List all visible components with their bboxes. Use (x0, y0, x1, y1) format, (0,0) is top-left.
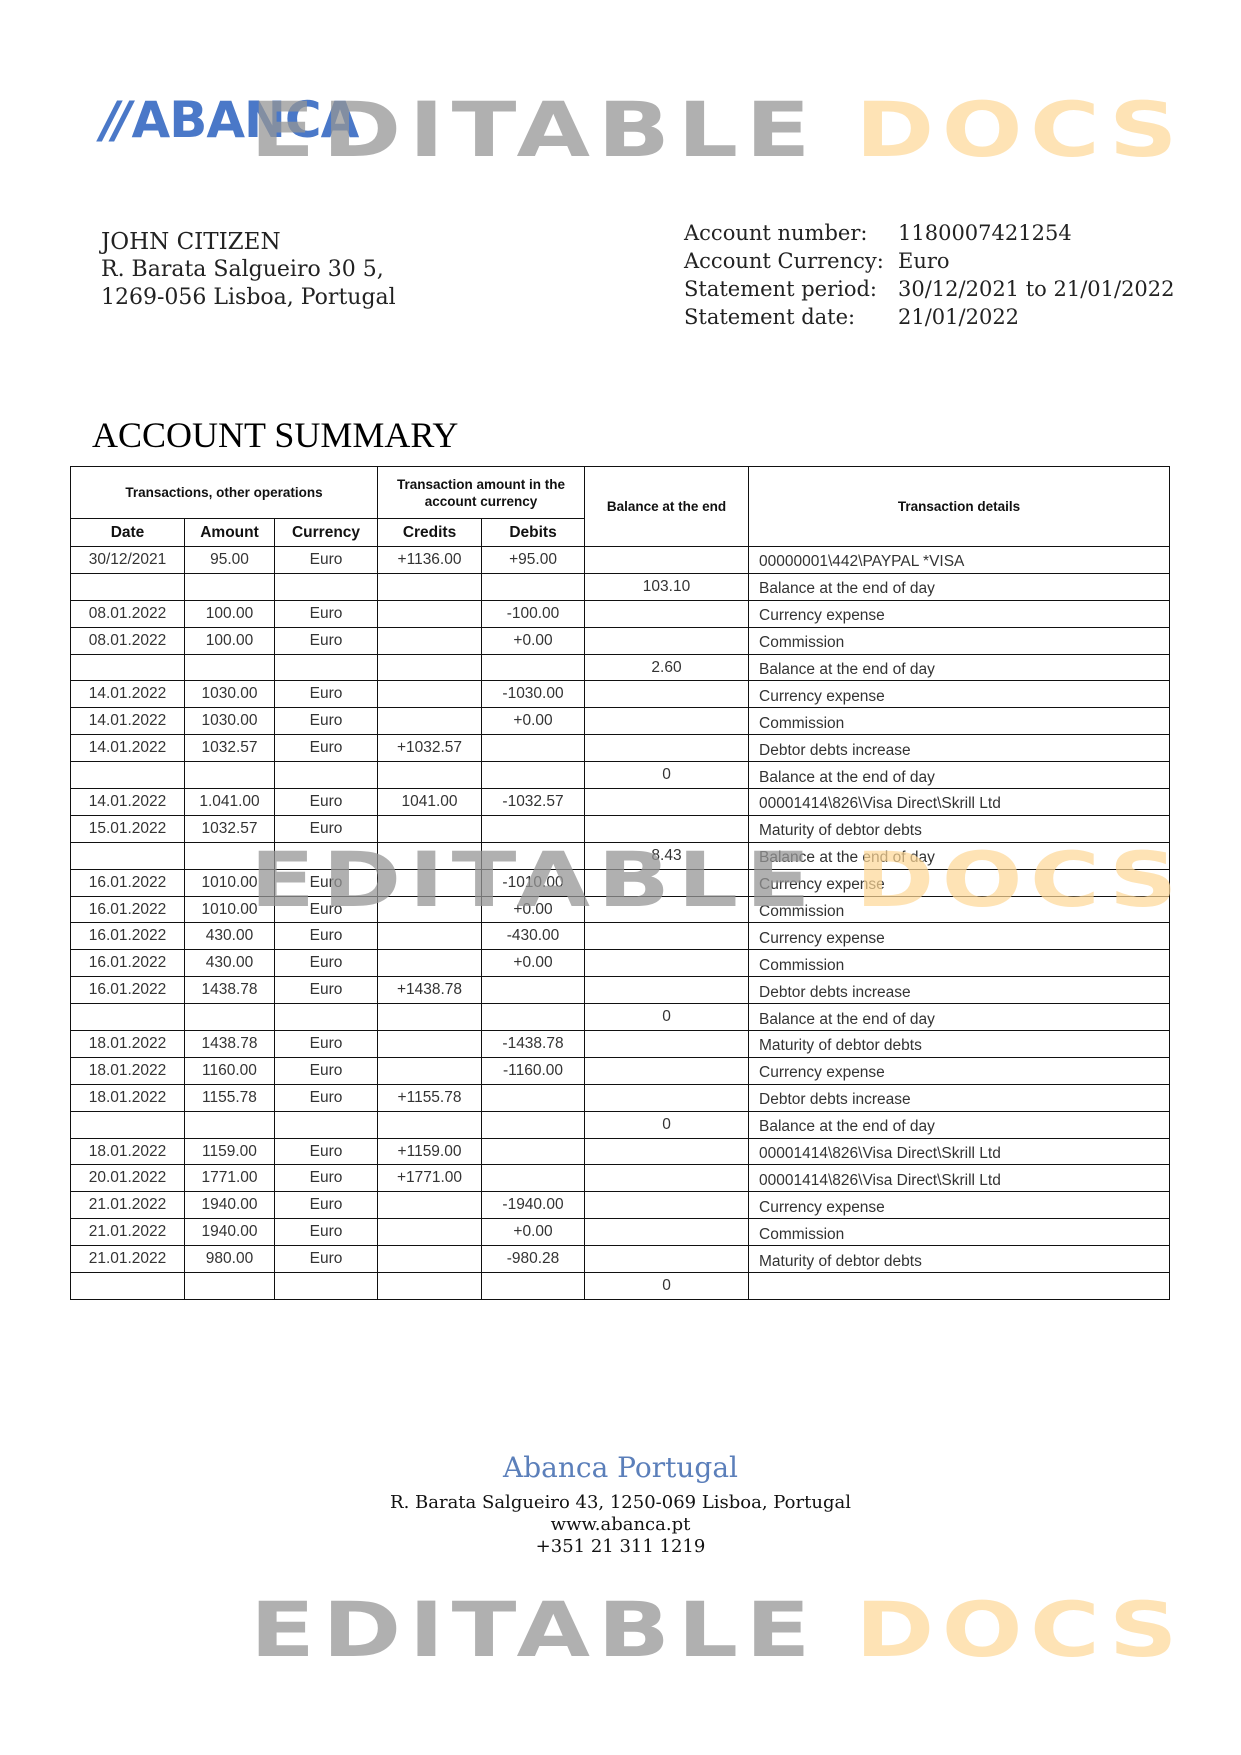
table-row: 20.01.20221771.00Euro+1771.0000001414\82… (71, 1165, 1170, 1192)
cell-balance: 0 (585, 1004, 749, 1031)
cell-date: 16.01.2022 (71, 977, 185, 1004)
cell-amount: 1159.00 (185, 1138, 275, 1165)
cell-credits (378, 708, 482, 735)
account-number-row: Account number: 1180007421254 (684, 219, 1175, 247)
cell-currency: Euro (275, 950, 378, 977)
cell-balance (585, 735, 749, 762)
cell-debits: +0.00 (482, 896, 585, 923)
cell-details: Balance at the end of day (749, 762, 1170, 789)
cell-date (71, 654, 185, 681)
cell-currency (275, 573, 378, 600)
cell-amount (185, 762, 275, 789)
cell-debits: -1010.00 (482, 869, 585, 896)
cell-balance (585, 815, 749, 842)
cell-currency: Euro (275, 735, 378, 762)
cell-currency (275, 654, 378, 681)
cell-credits (378, 842, 482, 869)
cell-amount: 1155.78 (185, 1084, 275, 1111)
cell-credits: +1159.00 (378, 1138, 482, 1165)
logo-slashes: // (101, 91, 126, 149)
cell-credits (378, 815, 482, 842)
cell-balance (585, 1165, 749, 1192)
table-row: 14.01.20221030.00Euro+0.00Commission (71, 708, 1170, 735)
cell-currency: Euro (275, 896, 378, 923)
cell-credits (378, 681, 482, 708)
cell-debits: -1940.00 (482, 1192, 585, 1219)
header-balance: Balance at the end (585, 467, 749, 547)
cell-balance (585, 681, 749, 708)
cell-currency: Euro (275, 627, 378, 654)
account-summary-title: ACCOUNT SUMMARY (92, 414, 458, 456)
statement-date-label: Statement date: (684, 303, 898, 331)
cell-date: 08.01.2022 (71, 600, 185, 627)
cell-details: 00001414\826\Visa Direct\Skrill Ltd (749, 1165, 1170, 1192)
cell-credits (378, 1192, 482, 1219)
header-amount-group: Transaction amount in the account curren… (378, 467, 585, 519)
cell-debits (482, 1111, 585, 1138)
cell-amount: 1032.57 (185, 815, 275, 842)
cell-date: 21.01.2022 (71, 1219, 185, 1246)
cell-amount: 1438.78 (185, 977, 275, 1004)
cell-details: Maturity of debtor debts (749, 1246, 1170, 1273)
account-number-label: Account number: (684, 219, 898, 247)
cell-debits: -1032.57 (482, 789, 585, 816)
cell-details: Debtor debts increase (749, 977, 1170, 1004)
header-transactions-group: Transactions, other operations (71, 467, 378, 519)
cell-amount (185, 842, 275, 869)
cell-date: 18.01.2022 (71, 1084, 185, 1111)
cell-details: Debtor debts increase (749, 735, 1170, 762)
table-row: 0Balance at the end of day (71, 1111, 1170, 1138)
table-row: 16.01.2022430.00Euro+0.00Commission (71, 950, 1170, 977)
customer-address-line1: R. Barata Salgueiro 30 5, (101, 256, 396, 284)
cell-amount: 1.041.00 (185, 789, 275, 816)
cell-balance (585, 896, 749, 923)
cell-credits (378, 896, 482, 923)
table-row: 14.01.20221030.00Euro-1030.00Currency ex… (71, 681, 1170, 708)
cell-currency: Euro (275, 815, 378, 842)
cell-debits (482, 735, 585, 762)
cell-details: Maturity of debtor debts (749, 1031, 1170, 1058)
cell-date (71, 1273, 185, 1300)
cell-currency: Euro (275, 977, 378, 1004)
cell-balance: 103.10 (585, 573, 749, 600)
cell-balance (585, 977, 749, 1004)
cell-balance (585, 869, 749, 896)
watermark: EDITABLEDOCS (250, 92, 1185, 168)
cell-debits (482, 654, 585, 681)
cell-credits (378, 654, 482, 681)
cell-details: Balance at the end of day (749, 842, 1170, 869)
cell-amount: 1030.00 (185, 708, 275, 735)
cell-currency: Euro (275, 1138, 378, 1165)
cell-credits (378, 762, 482, 789)
cell-debits: +95.00 (482, 547, 585, 574)
cell-amount: 1438.78 (185, 1031, 275, 1058)
cell-credits (378, 1111, 482, 1138)
cell-amount: 1030.00 (185, 681, 275, 708)
cell-currency: Euro (275, 600, 378, 627)
header-debits: Debits (482, 519, 585, 547)
table-row: 30/12/202195.00Euro+1136.00+95.000000000… (71, 547, 1170, 574)
cell-details: Balance at the end of day (749, 1004, 1170, 1031)
cell-debits (482, 815, 585, 842)
table-row: 21.01.2022980.00Euro-980.28Maturity of d… (71, 1246, 1170, 1273)
table-row: 15.01.20221032.57EuroMaturity of debtor … (71, 815, 1170, 842)
account-number-value: 1180007421254 (898, 219, 1072, 247)
cell-currency (275, 1004, 378, 1031)
cell-date: 14.01.2022 (71, 681, 185, 708)
table-row: 21.01.20221940.00Euro+0.00Commission (71, 1219, 1170, 1246)
cell-details (749, 1273, 1170, 1300)
cell-debits: -1438.78 (482, 1031, 585, 1058)
cell-amount: 1032.57 (185, 735, 275, 762)
cell-debits (482, 1084, 585, 1111)
footer-bank-name: Abanca Portugal (0, 1450, 1241, 1486)
cell-balance (585, 1084, 749, 1111)
cell-currency: Euro (275, 1246, 378, 1273)
table-row: 18.01.20221159.00Euro+1159.0000001414\82… (71, 1138, 1170, 1165)
cell-debits: -100.00 (482, 600, 585, 627)
cell-date (71, 842, 185, 869)
cell-date (71, 1111, 185, 1138)
cell-debits: +0.00 (482, 708, 585, 735)
cell-currency (275, 842, 378, 869)
cell-debits: -980.28 (482, 1246, 585, 1273)
cell-details: Currency expense (749, 600, 1170, 627)
cell-details: 00000001\442\PAYPAL *VISA (749, 547, 1170, 574)
table-row: 16.01.2022430.00Euro-430.00Currency expe… (71, 923, 1170, 950)
cell-details: Commission (749, 708, 1170, 735)
cell-date: 18.01.2022 (71, 1057, 185, 1084)
cell-date: 14.01.2022 (71, 735, 185, 762)
cell-date: 18.01.2022 (71, 1031, 185, 1058)
cell-details: Balance at the end of day (749, 573, 1170, 600)
cell-amount: 100.00 (185, 600, 275, 627)
cell-details: Commission (749, 1219, 1170, 1246)
cell-amount: 95.00 (185, 547, 275, 574)
cell-balance (585, 1219, 749, 1246)
cell-details: Maturity of debtor debts (749, 815, 1170, 842)
cell-date: 16.01.2022 (71, 923, 185, 950)
cell-date: 14.01.2022 (71, 708, 185, 735)
abanca-logo: //ABANCA (101, 95, 358, 145)
table-row: 16.01.20221438.78Euro+1438.78Debtor debt… (71, 977, 1170, 1004)
cell-currency (275, 762, 378, 789)
customer-address-line2: 1269-056 Lisboa, Portugal (101, 284, 396, 312)
cell-amount: 1940.00 (185, 1219, 275, 1246)
statement-date-row: Statement date: 21/01/2022 (684, 303, 1175, 331)
cell-balance: 8.43 (585, 842, 749, 869)
cell-credits (378, 573, 482, 600)
cell-debits (482, 762, 585, 789)
cell-currency: Euro (275, 923, 378, 950)
cell-amount: 1940.00 (185, 1192, 275, 1219)
cell-date: 14.01.2022 (71, 789, 185, 816)
account-currency-row: Account Currency: Euro (684, 247, 1175, 275)
customer-block: JOHN CITIZEN R. Barata Salgueiro 30 5, 1… (101, 228, 396, 312)
cell-amount: 100.00 (185, 627, 275, 654)
cell-amount (185, 1111, 275, 1138)
table-row: 21.01.20221940.00Euro-1940.00Currency ex… (71, 1192, 1170, 1219)
cell-amount (185, 1273, 275, 1300)
cell-debits: +0.00 (482, 627, 585, 654)
cell-balance: 0 (585, 1111, 749, 1138)
cell-balance (585, 1192, 749, 1219)
cell-balance (585, 1031, 749, 1058)
cell-details: 00001414\826\Visa Direct\Skrill Ltd (749, 1138, 1170, 1165)
cell-debits (482, 1138, 585, 1165)
table-row: 18.01.20221155.78Euro+1155.78Debtor debt… (71, 1084, 1170, 1111)
cell-debits (482, 573, 585, 600)
cell-credits (378, 1031, 482, 1058)
cell-balance (585, 547, 749, 574)
cell-date: 16.01.2022 (71, 896, 185, 923)
cell-debits (482, 1165, 585, 1192)
cell-credits: +1771.00 (378, 1165, 482, 1192)
table-row: 0Balance at the end of day (71, 762, 1170, 789)
cell-details: 00001414\826\Visa Direct\Skrill Ltd (749, 789, 1170, 816)
statement-period-row: Statement period: 30/12/2021 to 21/01/20… (684, 275, 1175, 303)
cell-date: 16.01.2022 (71, 950, 185, 977)
table-row: 18.01.20221438.78Euro-1438.78Maturity of… (71, 1031, 1170, 1058)
cell-details: Balance at the end of day (749, 1111, 1170, 1138)
account-currency-value: Euro (898, 247, 950, 275)
cell-currency (275, 1273, 378, 1300)
cell-amount (185, 654, 275, 681)
cell-currency: Euro (275, 1084, 378, 1111)
cell-credits: +1155.78 (378, 1084, 482, 1111)
header-credits: Credits (378, 519, 482, 547)
table-row: 8.43Balance at the end of day (71, 842, 1170, 869)
cell-details: Currency expense (749, 923, 1170, 950)
cell-balance (585, 789, 749, 816)
cell-details: Currency expense (749, 1192, 1170, 1219)
cell-amount: 980.00 (185, 1246, 275, 1273)
cell-balance: 2.60 (585, 654, 749, 681)
cell-balance (585, 923, 749, 950)
cell-credits (378, 950, 482, 977)
statement-date-value: 21/01/2022 (898, 303, 1019, 331)
cell-details: Currency expense (749, 681, 1170, 708)
customer-name: JOHN CITIZEN (101, 228, 396, 256)
cell-date (71, 1004, 185, 1031)
cell-amount (185, 1004, 275, 1031)
cell-amount: 1160.00 (185, 1057, 275, 1084)
cell-debits: -430.00 (482, 923, 585, 950)
table-row: 103.10Balance at the end of day (71, 573, 1170, 600)
cell-credits (378, 600, 482, 627)
cell-amount: 430.00 (185, 950, 275, 977)
cell-debits: +0.00 (482, 1219, 585, 1246)
cell-currency: Euro (275, 1057, 378, 1084)
cell-details: Commission (749, 950, 1170, 977)
cell-credits: +1136.00 (378, 547, 482, 574)
cell-currency: Euro (275, 869, 378, 896)
cell-debits: -1160.00 (482, 1057, 585, 1084)
cell-date: 16.01.2022 (71, 869, 185, 896)
cell-balance: 0 (585, 1273, 749, 1300)
cell-currency: Euro (275, 681, 378, 708)
cell-amount: 1010.00 (185, 869, 275, 896)
cell-balance (585, 950, 749, 977)
footer-phone: +351 21 311 1219 (0, 1536, 1241, 1558)
cell-debits (482, 1004, 585, 1031)
cell-credits: 1041.00 (378, 789, 482, 816)
cell-amount: 1771.00 (185, 1165, 275, 1192)
cell-details: Currency expense (749, 1057, 1170, 1084)
cell-date: 18.01.2022 (71, 1138, 185, 1165)
footer-address: R. Barata Salgueiro 43, 1250-069 Lisboa,… (0, 1492, 1241, 1514)
cell-details: Balance at the end of day (749, 654, 1170, 681)
table-row: 14.01.20221.041.00Euro1041.00-1032.57000… (71, 789, 1170, 816)
header-details: Transaction details (749, 467, 1170, 547)
cell-balance (585, 600, 749, 627)
cell-currency: Euro (275, 1031, 378, 1058)
cell-date (71, 573, 185, 600)
footer-website[interactable]: www.abanca.pt (0, 1514, 1241, 1536)
cell-credits: +1438.78 (378, 977, 482, 1004)
statement-period-value: 30/12/2021 to 21/01/2022 (898, 275, 1175, 303)
cell-credits (378, 1057, 482, 1084)
cell-currency: Euro (275, 1219, 378, 1246)
cell-currency: Euro (275, 547, 378, 574)
cell-debits (482, 842, 585, 869)
cell-credits (378, 869, 482, 896)
cell-details: Debtor debts increase (749, 1084, 1170, 1111)
cell-credits (378, 627, 482, 654)
logo-text: ABANCA (132, 91, 359, 149)
cell-details: Commission (749, 627, 1170, 654)
cell-amount (185, 573, 275, 600)
cell-balance (585, 708, 749, 735)
cell-amount: 430.00 (185, 923, 275, 950)
cell-date: 20.01.2022 (71, 1165, 185, 1192)
cell-date: 15.01.2022 (71, 815, 185, 842)
cell-debits (482, 1273, 585, 1300)
cell-credits (378, 1273, 482, 1300)
cell-debits: -1030.00 (482, 681, 585, 708)
cell-date: 08.01.2022 (71, 627, 185, 654)
cell-currency: Euro (275, 708, 378, 735)
transactions-table: Transactions, other operations Transacti… (70, 466, 1170, 1300)
cell-debits (482, 977, 585, 1004)
cell-details: Commission (749, 896, 1170, 923)
account-info: Account number: 1180007421254 Account Cu… (684, 219, 1175, 331)
cell-debits: +0.00 (482, 950, 585, 977)
cell-balance (585, 1246, 749, 1273)
table-row: 16.01.20221010.00Euro-1010.00Currency ex… (71, 869, 1170, 896)
table-row: 08.01.2022100.00Euro-100.00Currency expe… (71, 600, 1170, 627)
cell-date: 30/12/2021 (71, 547, 185, 574)
table-row: 18.01.20221160.00Euro-1160.00Currency ex… (71, 1057, 1170, 1084)
table-row: 0Balance at the end of day (71, 1004, 1170, 1031)
cell-date (71, 762, 185, 789)
cell-details: Currency expense (749, 869, 1170, 896)
statement-period-label: Statement period: (684, 275, 898, 303)
cell-currency (275, 1111, 378, 1138)
header-currency: Currency (275, 519, 378, 547)
watermark: EDITABLEDOCS (250, 1592, 1185, 1668)
cell-currency: Euro (275, 1165, 378, 1192)
header-amount: Amount (185, 519, 275, 547)
account-currency-label: Account Currency: (684, 247, 898, 275)
cell-date: 21.01.2022 (71, 1246, 185, 1273)
cell-date: 21.01.2022 (71, 1192, 185, 1219)
cell-balance (585, 1138, 749, 1165)
table-row: 2.60Balance at the end of day (71, 654, 1170, 681)
cell-balance: 0 (585, 762, 749, 789)
table-row: 16.01.20221010.00Euro+0.00Commission (71, 896, 1170, 923)
table-row: 14.01.20221032.57Euro+1032.57Debtor debt… (71, 735, 1170, 762)
cell-credits (378, 923, 482, 950)
cell-currency: Euro (275, 1192, 378, 1219)
table-row: 0 (71, 1273, 1170, 1300)
footer: Abanca Portugal R. Barata Salgueiro 43, … (0, 1450, 1241, 1558)
cell-credits (378, 1219, 482, 1246)
cell-credits (378, 1004, 482, 1031)
cell-balance (585, 1057, 749, 1084)
table-row: 08.01.2022100.00Euro+0.00Commission (71, 627, 1170, 654)
cell-amount: 1010.00 (185, 896, 275, 923)
cell-currency: Euro (275, 789, 378, 816)
cell-credits (378, 1246, 482, 1273)
cell-credits: +1032.57 (378, 735, 482, 762)
cell-balance (585, 627, 749, 654)
header-date: Date (71, 519, 185, 547)
